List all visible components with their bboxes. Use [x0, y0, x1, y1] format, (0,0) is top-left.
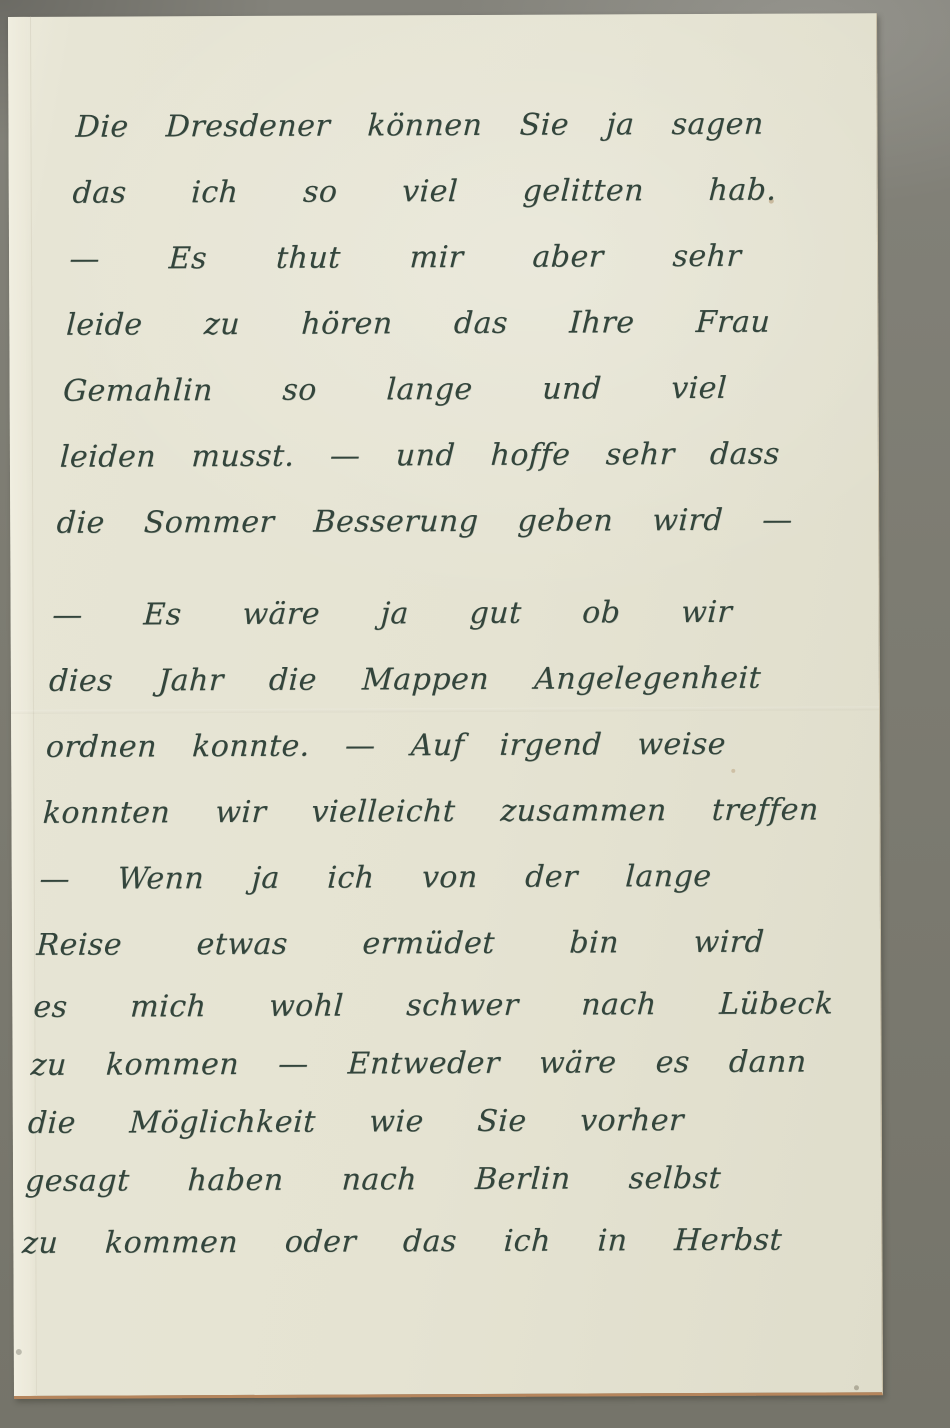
letter-line: Die Dresdener können Sie ja sagen [74, 92, 765, 161]
letter-line: zu kommen — Entweder wäre es dann [29, 1034, 808, 1095]
letter-line: zu kommen oder das ich in Herbst [21, 1208, 784, 1277]
letter-line: ordnen konnte. — Auf irgend weise [44, 712, 727, 781]
letter-line: es mich wohl schwer nach Lübeck [32, 975, 835, 1037]
foxing-spot [16, 1349, 22, 1355]
letter-line: das ich so viel gelitten hab. [71, 158, 778, 227]
letter-text: Die Dresdener können Sie ja sagen das ic… [21, 91, 878, 1277]
letter-line: — Es wäre ja gut ob wir [51, 580, 734, 649]
letter-line: gesagt haben nach Berlin selbst [24, 1150, 723, 1211]
letter-line: die Möglichkeit wie Sie vorher [26, 1092, 685, 1153]
letter-line: leiden musst. — und hoffe sehr dass [58, 422, 781, 491]
letter-line: konnten wir vielleicht zusammen treffen [41, 777, 820, 846]
letter-line: Reise etwas ermüdet bin wird [35, 910, 766, 979]
letter-line: dies Jahr die Mappen Angelegenheit [48, 646, 763, 715]
foxing-spot [854, 1385, 859, 1390]
letter-line: — Es thut mir aber sehr [68, 224, 743, 293]
letter-line: Gemahlin so lange und viel [61, 356, 728, 425]
letter-line: die Sommer Besserung geben wird — [55, 488, 794, 557]
letter-line: — Wenn ja ich von der lange [38, 844, 713, 913]
letter-line: leide zu hören das Ihre Frau [65, 290, 772, 359]
letter-page: Die Dresdener können Sie ja sagen das ic… [8, 13, 883, 1399]
